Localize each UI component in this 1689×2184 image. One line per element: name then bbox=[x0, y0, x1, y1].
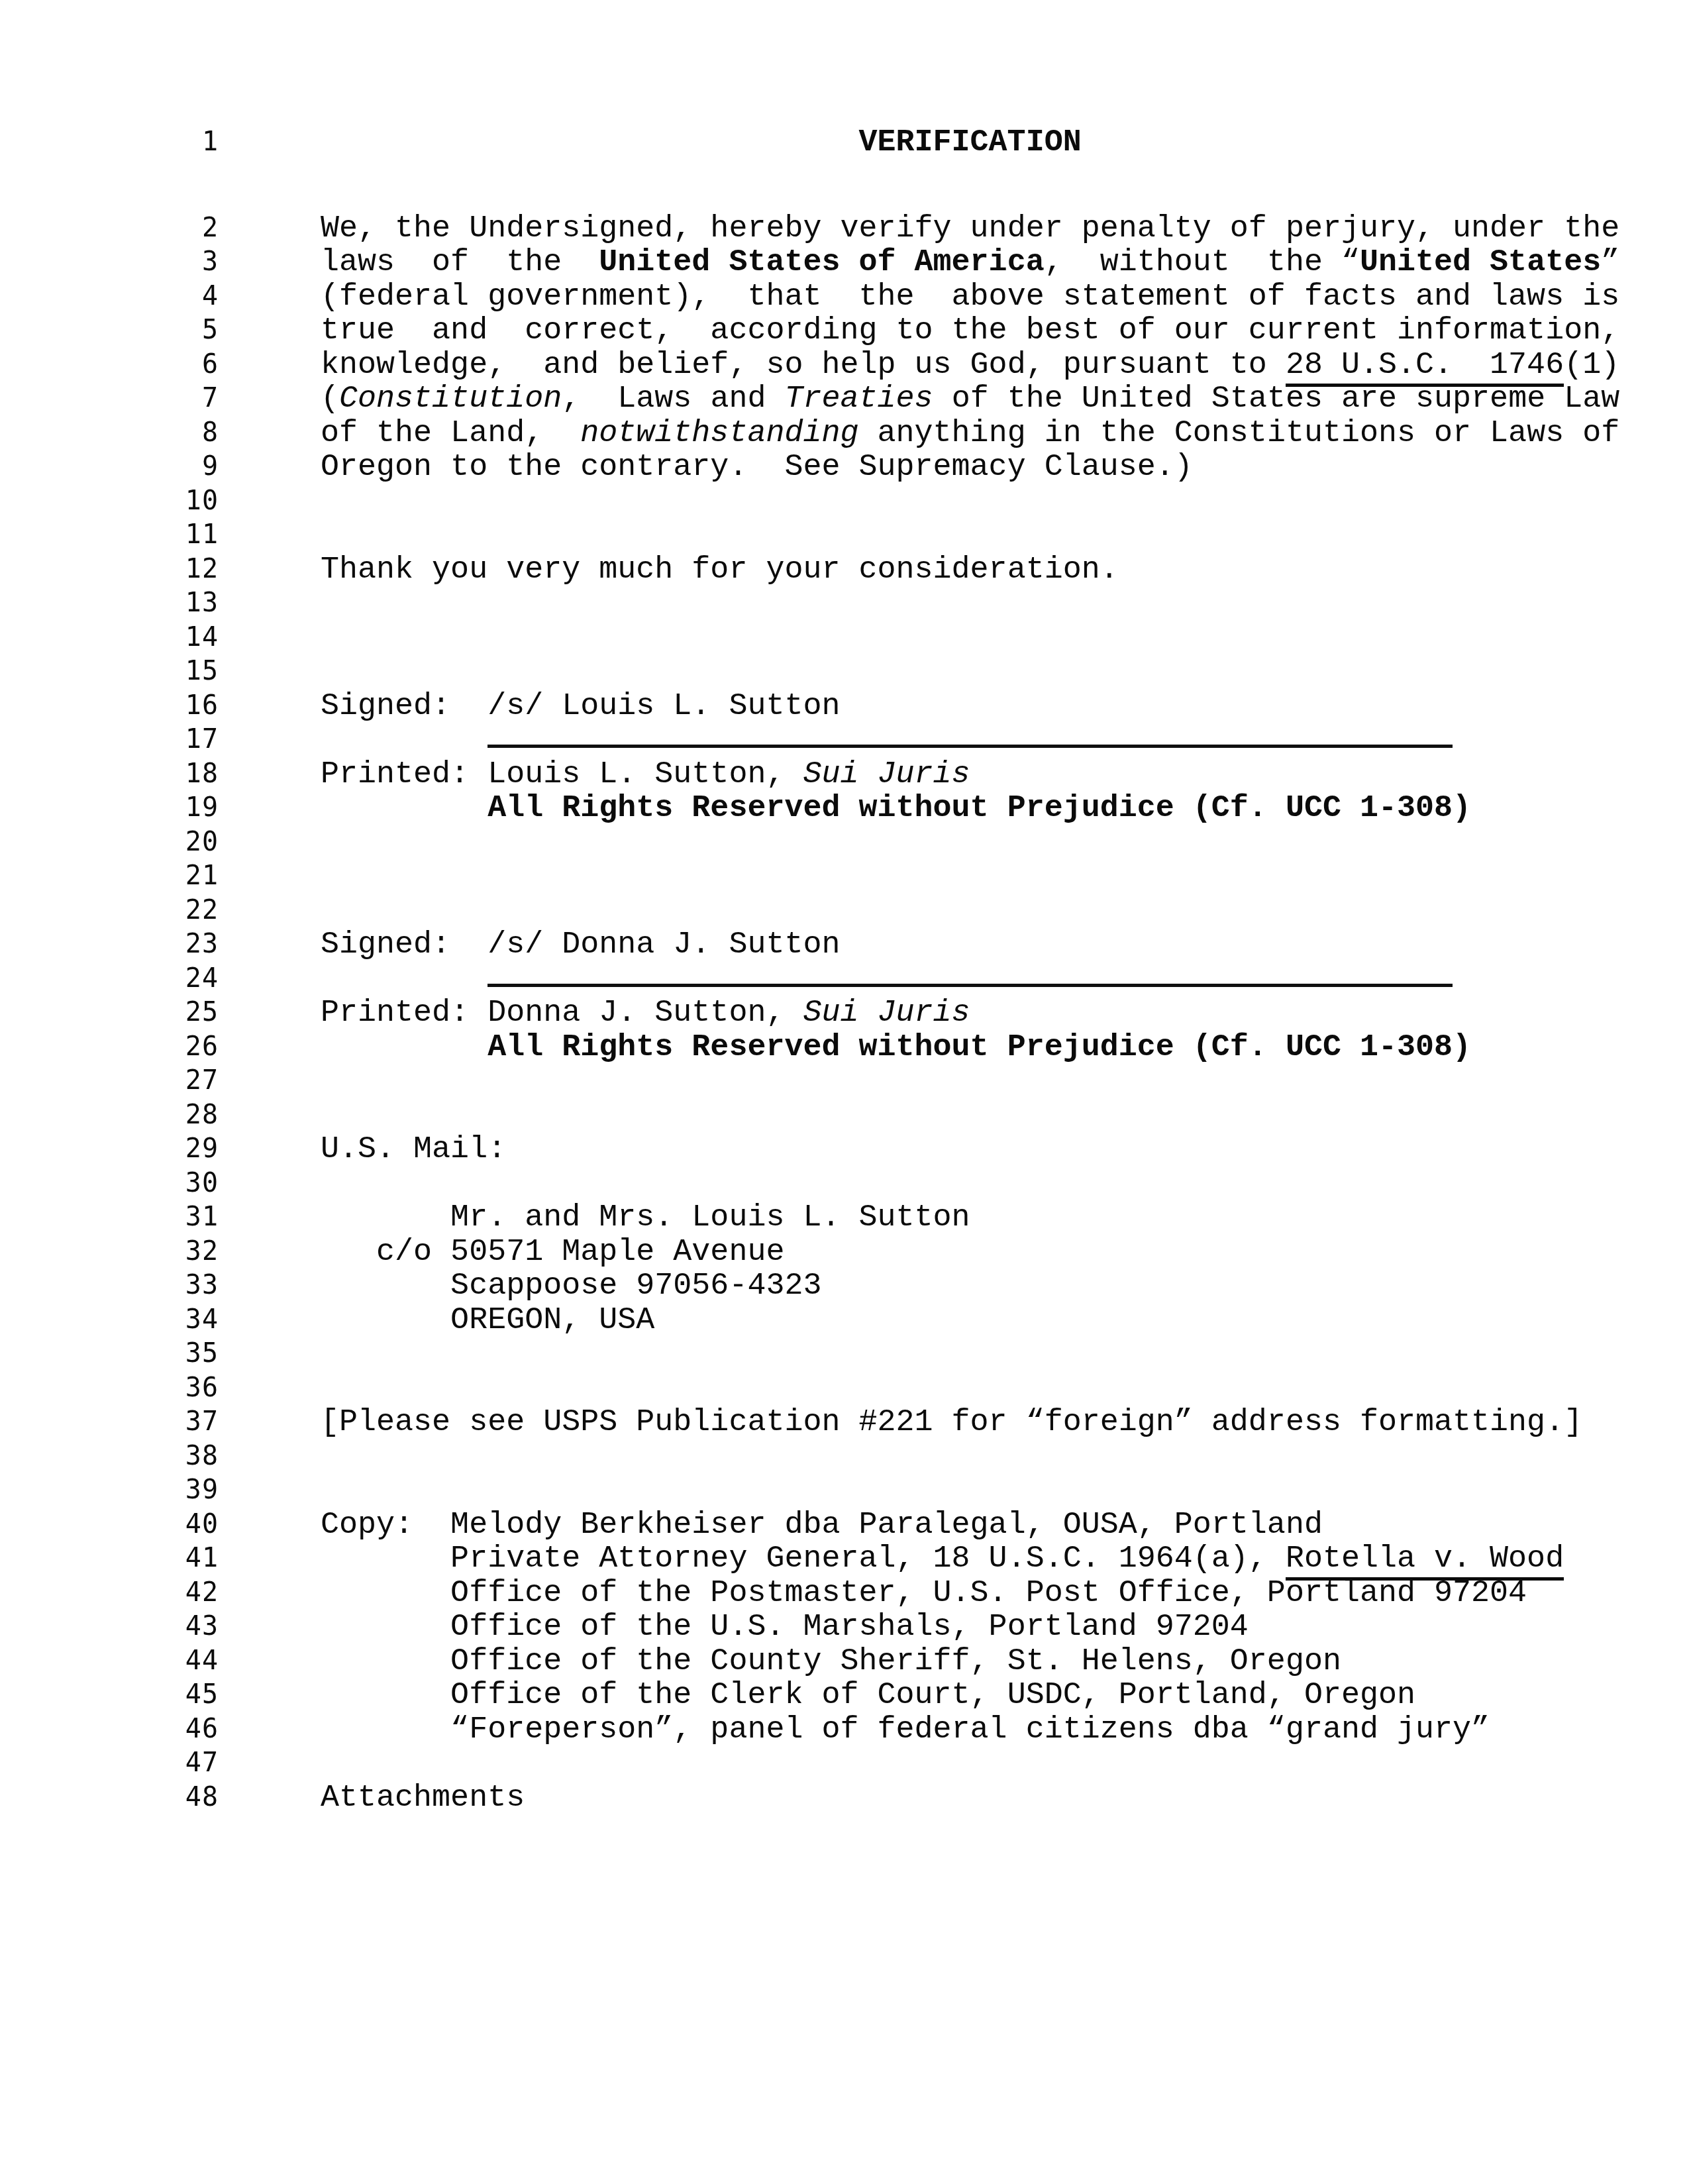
text-segment: (federal government), that the above sta… bbox=[321, 280, 1619, 315]
document-line: 6knowledge, and belief, so help us God, … bbox=[0, 348, 1689, 382]
document-line: 39 bbox=[0, 1473, 1689, 1508]
document-line: 40Copy: Melody Berkheiser dba Paralegal,… bbox=[0, 1508, 1689, 1542]
text-segment: , without the “ bbox=[1045, 245, 1360, 280]
line-number: 14 bbox=[0, 621, 219, 655]
document-line: 28 bbox=[0, 1098, 1689, 1133]
line-text: Scappoose 97056-4323 bbox=[321, 1269, 821, 1304]
line-text: Attachments bbox=[321, 1781, 525, 1816]
line-text: Printed: Louis L. Sutton, Sui Juris bbox=[321, 758, 970, 792]
line-number: 25 bbox=[0, 996, 219, 1030]
text-segment: Constitution bbox=[339, 382, 562, 417]
line-number: 18 bbox=[0, 757, 219, 792]
text-segment: Printed: Louis L. Sutton, bbox=[321, 757, 803, 792]
line-text: laws of the United States of America, wi… bbox=[321, 246, 1619, 280]
line-number: 34 bbox=[0, 1303, 219, 1337]
document-line: 16Signed: /s/ Louis L. Sutton bbox=[0, 689, 1689, 723]
line-number: 44 bbox=[0, 1644, 219, 1679]
text-segment: Mr. and Mrs. Louis L. Sutton bbox=[321, 1200, 970, 1235]
document-line: 47 bbox=[0, 1746, 1689, 1781]
line-number: 7 bbox=[0, 382, 219, 416]
line-number: 46 bbox=[0, 1712, 219, 1747]
line-text: Thank you very much for your considerati… bbox=[321, 553, 1119, 588]
line-number: 23 bbox=[0, 927, 219, 962]
document-line: 15 bbox=[0, 654, 1689, 689]
text-segment: We, the Undersigned, hereby verify under… bbox=[321, 211, 1619, 246]
document-line: 7(Constitution, Laws and Treaties of the… bbox=[0, 382, 1689, 416]
line-number: 39 bbox=[0, 1473, 219, 1508]
text-segment: Sui Juris bbox=[803, 757, 970, 792]
line-text: All Rights Reserved without Prejudice (C… bbox=[321, 792, 1471, 826]
line-number: 37 bbox=[0, 1405, 219, 1439]
text-segment: notwithstanding bbox=[580, 416, 858, 451]
line-number: 1 bbox=[0, 125, 219, 160]
text-segment: anything in the Constitutions or Laws of bbox=[859, 416, 1620, 451]
line-text: knowledge, and belief, so help us God, p… bbox=[321, 348, 1619, 383]
line-number: 2 bbox=[0, 211, 219, 246]
text-segment bbox=[321, 962, 487, 997]
text-segment: Oregon to the contrary. See Supremacy Cl… bbox=[321, 450, 1193, 485]
document-line: 31 Mr. and Mrs. Louis L. Sutton bbox=[0, 1200, 1689, 1235]
document-line: 21 bbox=[0, 859, 1689, 894]
line-number: 24 bbox=[0, 962, 219, 996]
line-text: “Foreperson”, panel of federal citizens … bbox=[321, 1713, 1490, 1747]
document-line: 4(federal government), that the above st… bbox=[0, 280, 1689, 314]
text-segment bbox=[321, 1030, 487, 1065]
document-line: 13 bbox=[0, 586, 1689, 621]
pleading-page: 1VERIFICATION2We, the Undersigned, hereb… bbox=[0, 0, 1689, 2184]
line-text: Private Attorney General, 18 U.S.C. 1964… bbox=[321, 1542, 1564, 1577]
text-segment: [Please see USPS Publication #221 for “f… bbox=[321, 1405, 1582, 1440]
line-number: 32 bbox=[0, 1235, 219, 1269]
line-text: All Rights Reserved without Prejudice (C… bbox=[321, 1031, 1471, 1065]
text-segment: VERIFICATION bbox=[858, 125, 1081, 160]
document-line: 29U.S. Mail: bbox=[0, 1132, 1689, 1167]
document-line: 24 bbox=[0, 962, 1689, 996]
signature-rule bbox=[487, 977, 1453, 987]
document-line: 23Signed: /s/ Donna J. Sutton bbox=[0, 927, 1689, 962]
text-segment: United States bbox=[1360, 245, 1601, 280]
text-segment: United States of America bbox=[599, 245, 1044, 280]
document-line: 43 Office of the U.S. Marshals, Portland… bbox=[0, 1610, 1689, 1644]
document-line: 26 All Rights Reserved without Prejudice… bbox=[0, 1030, 1689, 1065]
text-segment: (1) bbox=[1564, 348, 1619, 383]
text-segment: Signed: /s/ Louis L. Sutton bbox=[321, 689, 840, 724]
line-text: Office of the Clerk of Court, USDC, Port… bbox=[321, 1679, 1415, 1713]
document-line: 5true and correct, according to the best… bbox=[0, 313, 1689, 348]
line-number: 13 bbox=[0, 586, 219, 621]
line-text: We, the Undersigned, hereby verify under… bbox=[321, 212, 1619, 246]
document-line: 11 bbox=[0, 518, 1689, 552]
text-segment: All Rights Reserved without Prejudice (C… bbox=[487, 1030, 1471, 1065]
text-segment: Thank you very much for your considerati… bbox=[321, 552, 1119, 588]
document-line: 33 Scappoose 97056-4323 bbox=[0, 1269, 1689, 1303]
line-number: 22 bbox=[0, 894, 219, 928]
document-line: 25Printed: Donna J. Sutton, Sui Juris bbox=[0, 996, 1689, 1030]
title-spacer bbox=[0, 160, 1689, 211]
document-line: 34 OREGON, USA bbox=[0, 1303, 1689, 1337]
document-line: 30 bbox=[0, 1167, 1689, 1201]
text-segment: laws of the bbox=[321, 245, 599, 280]
line-text: c/o 50571 Maple Avenue bbox=[321, 1235, 784, 1270]
text-segment: Office of the U.S. Marshals, Portland 97… bbox=[321, 1610, 1249, 1645]
text-segment: Office of the Clerk of Court, USDC, Port… bbox=[321, 1678, 1415, 1713]
document-line: 19 All Rights Reserved without Prejudice… bbox=[0, 791, 1689, 825]
document-body: 1VERIFICATION2We, the Undersigned, hereb… bbox=[0, 125, 1689, 1814]
text-segment: , Laws and bbox=[562, 382, 784, 417]
text-segment: Attachments bbox=[321, 1781, 525, 1816]
line-text: Copy: Melody Berkheiser dba Paralegal, O… bbox=[321, 1508, 1323, 1543]
line-text: of the Land, notwithstanding anything in… bbox=[321, 417, 1619, 451]
text-segment: Printed: Donna J. Sutton, bbox=[321, 996, 803, 1031]
line-number: 5 bbox=[0, 313, 219, 348]
line-number: 26 bbox=[0, 1030, 219, 1065]
line-number: 17 bbox=[0, 723, 219, 757]
text-segment: Scappoose 97056-4323 bbox=[321, 1269, 821, 1304]
line-number: 4 bbox=[0, 280, 219, 314]
document-line: 42 Office of the Postmaster, U.S. Post O… bbox=[0, 1576, 1689, 1610]
line-number: 21 bbox=[0, 859, 219, 894]
document-line: 18Printed: Louis L. Sutton, Sui Juris bbox=[0, 757, 1689, 792]
line-number: 30 bbox=[0, 1167, 219, 1201]
line-text: (Constitution, Laws and Treaties of the … bbox=[321, 382, 1619, 417]
line-text bbox=[321, 962, 1453, 997]
document-line: 38 bbox=[0, 1439, 1689, 1474]
line-number: 38 bbox=[0, 1439, 219, 1474]
text-segment: Private Attorney General, 18 U.S.C. 1964… bbox=[321, 1541, 1286, 1577]
document-line: 17 bbox=[0, 723, 1689, 757]
line-text: Office of the County Sheriff, St. Helens… bbox=[321, 1645, 1341, 1679]
text-segment: Office of the Postmaster, U.S. Post Offi… bbox=[321, 1576, 1527, 1611]
line-number: 11 bbox=[0, 518, 219, 552]
line-number: 41 bbox=[0, 1541, 219, 1576]
text-segment: Treaties bbox=[784, 382, 933, 417]
document-line: 36 bbox=[0, 1371, 1689, 1406]
line-text: (federal government), that the above sta… bbox=[321, 280, 1619, 315]
line-text: Signed: /s/ Donna J. Sutton bbox=[321, 928, 840, 962]
line-text: Office of the U.S. Marshals, Portland 97… bbox=[321, 1610, 1249, 1645]
line-text bbox=[321, 723, 1453, 758]
line-number: 47 bbox=[0, 1746, 219, 1781]
text-segment: Sui Juris bbox=[803, 996, 970, 1031]
text-segment: Signed: /s/ Donna J. Sutton bbox=[321, 927, 840, 962]
line-text: Office of the Postmaster, U.S. Post Offi… bbox=[321, 1577, 1527, 1611]
document-line: 41 Private Attorney General, 18 U.S.C. 1… bbox=[0, 1541, 1689, 1576]
document-line: 9Oregon to the contrary. See Supremacy C… bbox=[0, 450, 1689, 484]
line-number: 36 bbox=[0, 1371, 219, 1406]
line-number: 16 bbox=[0, 689, 219, 723]
line-text: Signed: /s/ Louis L. Sutton bbox=[321, 690, 840, 724]
line-text: true and correct, according to the best … bbox=[321, 314, 1619, 348]
document-line: 44 Office of the County Sheriff, St. Hel… bbox=[0, 1644, 1689, 1679]
signature-rule bbox=[487, 738, 1453, 748]
line-text: OREGON, USA bbox=[321, 1304, 654, 1338]
line-text: [Please see USPS Publication #221 for “f… bbox=[321, 1406, 1582, 1440]
document-line: 2We, the Undersigned, hereby verify unde… bbox=[0, 211, 1689, 246]
line-number: 43 bbox=[0, 1610, 219, 1644]
document-line: 46 “Foreperson”, panel of federal citize… bbox=[0, 1712, 1689, 1747]
text-segment: 28 U.S.C. 1746 bbox=[1286, 348, 1564, 387]
document-line: 10 bbox=[0, 484, 1689, 519]
document-line: 8of the Land, notwithstanding anything i… bbox=[0, 416, 1689, 450]
title-line: 1VERIFICATION bbox=[0, 125, 1689, 160]
line-number: 20 bbox=[0, 825, 219, 860]
line-text: Mr. and Mrs. Louis L. Sutton bbox=[321, 1201, 970, 1235]
text-segment: c/o 50571 Maple Avenue bbox=[321, 1235, 784, 1270]
line-number: 42 bbox=[0, 1576, 219, 1610]
line-number: 12 bbox=[0, 552, 219, 587]
document-line: 20 bbox=[0, 825, 1689, 860]
line-number: 3 bbox=[0, 245, 219, 280]
text-segment: Copy: Melody Berkheiser dba Paralegal, O… bbox=[321, 1508, 1323, 1543]
document-line: 35 bbox=[0, 1337, 1689, 1371]
document-line: 27 bbox=[0, 1064, 1689, 1098]
line-text: U.S. Mail: bbox=[321, 1133, 506, 1167]
line-number: 19 bbox=[0, 791, 219, 825]
document-line: 37[Please see USPS Publication #221 for … bbox=[0, 1405, 1689, 1439]
document-line: 14 bbox=[0, 621, 1689, 655]
line-number: 9 bbox=[0, 450, 219, 484]
line-number: 6 bbox=[0, 348, 219, 382]
document-line: 22 bbox=[0, 894, 1689, 928]
text-segment: OREGON, USA bbox=[321, 1303, 654, 1338]
text-segment: Office of the County Sheriff, St. Helens… bbox=[321, 1644, 1341, 1679]
text-segment bbox=[321, 723, 487, 758]
line-number: 48 bbox=[0, 1781, 219, 1815]
document-line: 45 Office of the Clerk of Court, USDC, P… bbox=[0, 1678, 1689, 1712]
line-number: 45 bbox=[0, 1678, 219, 1712]
document-line: 3laws of the United States of America, w… bbox=[0, 245, 1689, 280]
text-segment: of the United States are supreme Law bbox=[933, 382, 1620, 417]
line-number: 40 bbox=[0, 1508, 219, 1542]
document-line: 48Attachments bbox=[0, 1781, 1689, 1815]
line-text: Printed: Donna J. Sutton, Sui Juris bbox=[321, 996, 970, 1031]
line-number: 8 bbox=[0, 416, 219, 450]
line-number: 35 bbox=[0, 1337, 219, 1371]
text-segment: “Foreperson”, panel of federal citizens … bbox=[321, 1712, 1490, 1747]
document-line: 12Thank you very much for your considera… bbox=[0, 552, 1689, 587]
line-number: 27 bbox=[0, 1064, 219, 1098]
line-number: 10 bbox=[0, 484, 219, 519]
text-segment: U.S. Mail: bbox=[321, 1132, 506, 1167]
line-number: 28 bbox=[0, 1098, 219, 1133]
text-segment: ( bbox=[321, 382, 339, 417]
line-number: 33 bbox=[0, 1269, 219, 1303]
text-segment: Rotella v. Wood bbox=[1286, 1541, 1564, 1581]
line-number: 31 bbox=[0, 1200, 219, 1235]
line-text: Oregon to the contrary. See Supremacy Cl… bbox=[321, 450, 1193, 485]
text-segment: knowledge, and belief, so help us God, p… bbox=[321, 348, 1286, 383]
document-line: 32 c/o 50571 Maple Avenue bbox=[0, 1235, 1689, 1269]
text-segment: true and correct, according to the best … bbox=[321, 313, 1619, 348]
line-number: 29 bbox=[0, 1132, 219, 1167]
line-number: 15 bbox=[0, 654, 219, 689]
text-segment bbox=[321, 791, 487, 826]
text-segment: ” bbox=[1601, 245, 1619, 280]
text-segment: All Rights Reserved without Prejudice (C… bbox=[487, 791, 1471, 826]
page-title: VERIFICATION bbox=[321, 126, 1619, 160]
text-segment: of the Land, bbox=[321, 416, 580, 451]
